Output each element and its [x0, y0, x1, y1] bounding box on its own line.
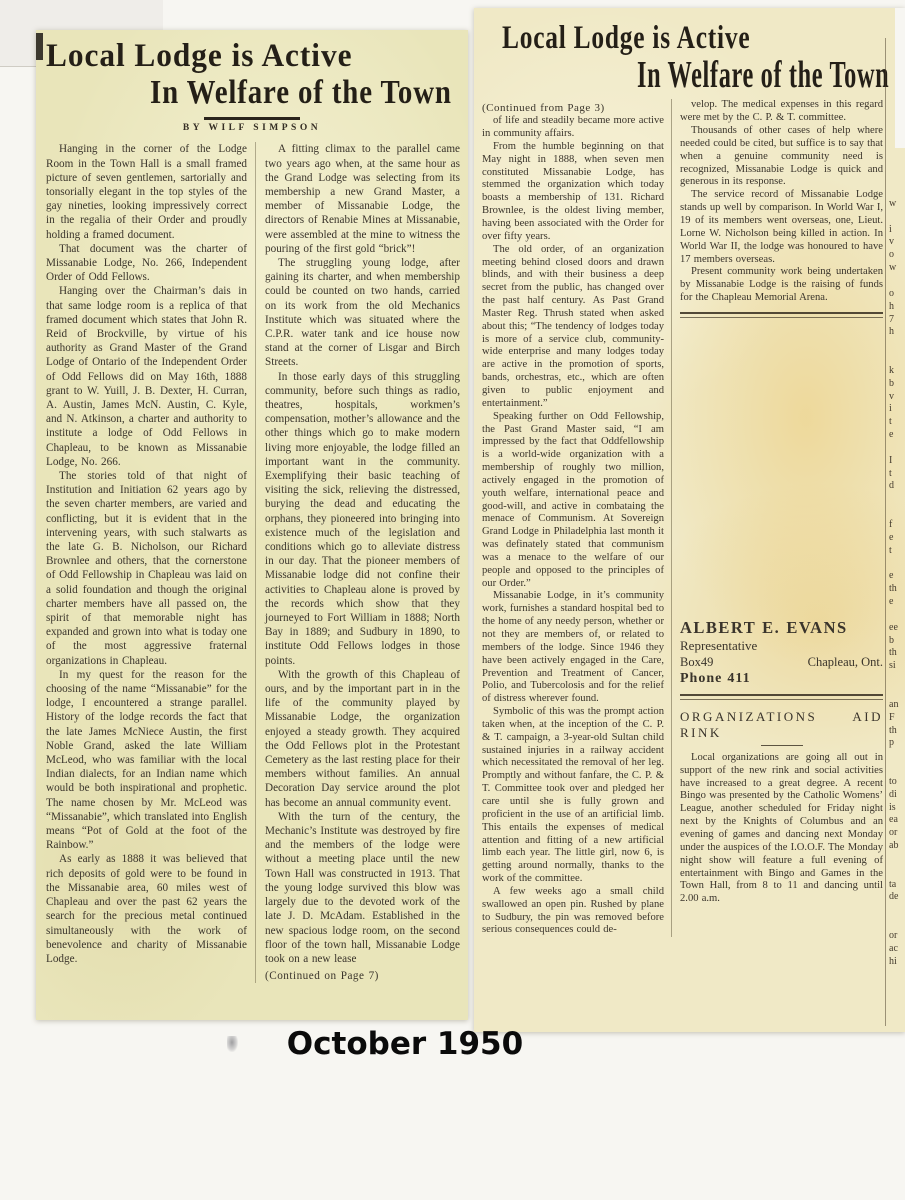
body-paragraph: Symbolic of this was the prompt action t… [482, 706, 664, 886]
text-fragment [889, 750, 902, 763]
text-fragment: or [889, 827, 902, 840]
column-2-text: A fitting climax to the parallel came tw… [265, 142, 460, 966]
rink-body-paragraph: Local organizations are going all out in… [680, 752, 883, 906]
continued-note: (Continued on Page 7) [265, 969, 460, 983]
text-fragment: ee [889, 622, 902, 635]
body-paragraph: The stories told of that night of Instit… [46, 469, 247, 668]
text-fragment [889, 159, 902, 172]
ink-mark [36, 33, 43, 60]
body-paragraph: Thousands of other cases of help where n… [680, 125, 883, 189]
text-fragment [889, 866, 902, 879]
text-fragment [889, 673, 902, 686]
text-fragment: e [889, 596, 902, 609]
text-fragment: ab [889, 840, 902, 853]
body-paragraph: In those early days of this struggling c… [265, 370, 460, 668]
cut-off-third-column: wivowoh7hkbviteItdfetetheeebthsianFthpto… [885, 38, 902, 1026]
ad-title: Representative [680, 638, 883, 654]
text-fragment: ea [889, 814, 902, 827]
rink-section-heading: ORGANIZATIONS AID RINK [680, 709, 883, 741]
text-fragment: f [889, 519, 902, 532]
article-column-1: (Continued from Page 3) of life and stea… [482, 99, 664, 937]
text-fragment: F [889, 712, 902, 725]
headline-line1: Local Lodge is Active [46, 40, 352, 74]
text-fragment: b [889, 635, 902, 648]
text-fragment [889, 609, 902, 622]
text-fragment [889, 275, 902, 288]
text-fragment: h [889, 326, 902, 339]
text-fragment: or [889, 930, 902, 943]
text-fragment: ta [889, 879, 902, 892]
text-fragment: i [889, 403, 902, 416]
text-fragment: th [889, 725, 902, 738]
article-columns: Hanging in the corner of the Lodge Room … [46, 142, 460, 983]
text-fragment: o [889, 249, 902, 262]
body-paragraph: A fitting climax to the parallel came tw… [265, 142, 460, 256]
text-fragment: th [889, 647, 902, 660]
text-fragment [889, 108, 902, 121]
body-paragraph: of life and steadily became more active … [482, 115, 664, 141]
right-newspaper-clipping: Local Lodge is Active In Welfare of the … [474, 8, 905, 1032]
text-fragment: de [889, 891, 902, 904]
text-fragment [889, 917, 902, 930]
text-fragment: i [889, 224, 902, 237]
headline-row: In Welfare of the Town [474, 56, 889, 95]
ad-address-row: Box49 Chapleau, Ont. [680, 654, 883, 670]
pencil-smudge [227, 1036, 238, 1052]
text-fragment: d [889, 480, 902, 493]
body-paragraph: Hanging over the Chairman’s dais in that… [46, 284, 247, 469]
text-fragment: t [889, 468, 902, 481]
text-fragment: e [889, 532, 902, 545]
text-fragment: o [889, 288, 902, 301]
text-fragment: hi [889, 956, 902, 969]
article-column-2: velop. The medical expenses in this rega… [671, 99, 883, 937]
body-paragraph: Missanabie Lodge, in it’s community work… [482, 590, 664, 706]
text-fragment: k [889, 365, 902, 378]
text-fragment: ac [889, 943, 902, 956]
body-paragraph: In my quest for the reason for the choos… [46, 668, 247, 853]
column-2-text: velop. The medical expenses in this rega… [680, 99, 883, 305]
text-fragment [889, 442, 902, 455]
text-fragment [889, 134, 902, 147]
headline-row: In Welfare of the Town [150, 76, 468, 111]
section-divider-rule [680, 694, 883, 700]
body-paragraph: From the humble beginning on that May ni… [482, 141, 664, 244]
text-fragment [889, 352, 902, 365]
article-column-1: Hanging in the corner of the Lodge Room … [46, 142, 247, 983]
body-paragraph: Hanging in the corner of the Lodge Room … [46, 142, 247, 241]
body-paragraph: velop. The medical expenses in this rega… [680, 99, 883, 125]
text-fragment [889, 853, 902, 866]
text-fragment: p [889, 737, 902, 750]
text-fragment: 7 [889, 314, 902, 327]
body-paragraph: As early as 1888 it was believed that ri… [46, 852, 247, 966]
headline-row: Local Lodge is Active [46, 40, 468, 74]
headline-line2: In Welfare of the Town [637, 56, 889, 95]
text-fragment [889, 339, 902, 352]
ad-city: Chapleau, Ont. [808, 654, 883, 670]
scanned-page: { "page": { "caption": "October 1950", "… [0, 0, 905, 1200]
column-1-text: of life and steadily became more active … [482, 115, 664, 937]
text-fragment [889, 558, 902, 571]
text-fragment: th [889, 583, 902, 596]
left-newspaper-clipping: Local Lodge is Active In Welfare of the … [36, 30, 468, 1020]
ad-name: ALBERT E. EVANS [680, 618, 883, 638]
text-fragment [889, 185, 902, 198]
body-paragraph: That document was the charter of Missana… [46, 242, 247, 285]
headline-row: Local Lodge is Active [502, 22, 905, 56]
text-fragment: is [889, 802, 902, 815]
text-fragment [889, 904, 902, 917]
date-caption: October 1950 [240, 1026, 570, 1062]
text-fragment [889, 763, 902, 776]
body-paragraph: Present community work being undertaken … [680, 266, 883, 305]
text-fragment [889, 211, 902, 224]
heading-underline-rule [761, 745, 803, 746]
text-fragment: t [889, 416, 902, 429]
body-paragraph: The old order, of an organization meetin… [482, 244, 664, 411]
article-column-2: A fitting climax to the parallel came tw… [255, 142, 460, 983]
text-fragment: b [889, 378, 902, 391]
text-fragment [889, 172, 902, 185]
text-fragment: to [889, 776, 902, 789]
text-fragment [889, 493, 902, 506]
text-fragment: t [889, 545, 902, 558]
text-fragment: w [889, 198, 902, 211]
text-fragment [889, 686, 902, 699]
text-fragment: w [889, 262, 902, 275]
text-fragment [889, 147, 902, 160]
text-fragment: e [889, 429, 902, 442]
text-fragment: di [889, 789, 902, 802]
text-fragment: an [889, 699, 902, 712]
text-fragment [889, 121, 902, 134]
text-fragment: h [889, 301, 902, 314]
ad-box: Box49 [680, 654, 713, 670]
text-fragment: v [889, 236, 902, 249]
body-paragraph: Speaking further on Odd Fellowship, the … [482, 411, 664, 591]
body-paragraph: With the turn of the century, the Mechan… [265, 810, 460, 966]
body-paragraph: With the growth of this Chapleau of ours… [265, 668, 460, 810]
text-fragment: si [889, 660, 902, 673]
text-fragment: v [889, 391, 902, 404]
continued-from-note: (Continued from Page 3) [482, 102, 664, 115]
body-paragraph: The struggling young lodge, after gainin… [265, 256, 460, 370]
text-fragment: e [889, 570, 902, 583]
byline: BY WILF SIMPSON [36, 123, 468, 133]
ad-phone: Phone 411 [680, 670, 883, 687]
blank-stained-area [680, 318, 883, 618]
headline-line1: Local Lodge is Active [502, 22, 750, 56]
text-fragment: I [889, 455, 902, 468]
body-paragraph: The service record of Missanabie Lodge s… [680, 189, 883, 266]
article-columns: (Continued from Page 3) of life and stea… [482, 99, 883, 937]
body-paragraph: A few weeks ago a small child swallowed … [482, 886, 664, 937]
byline-rule [204, 117, 300, 120]
headline-line2: In Welfare of the Town [150, 76, 452, 111]
text-fragment [889, 506, 902, 519]
